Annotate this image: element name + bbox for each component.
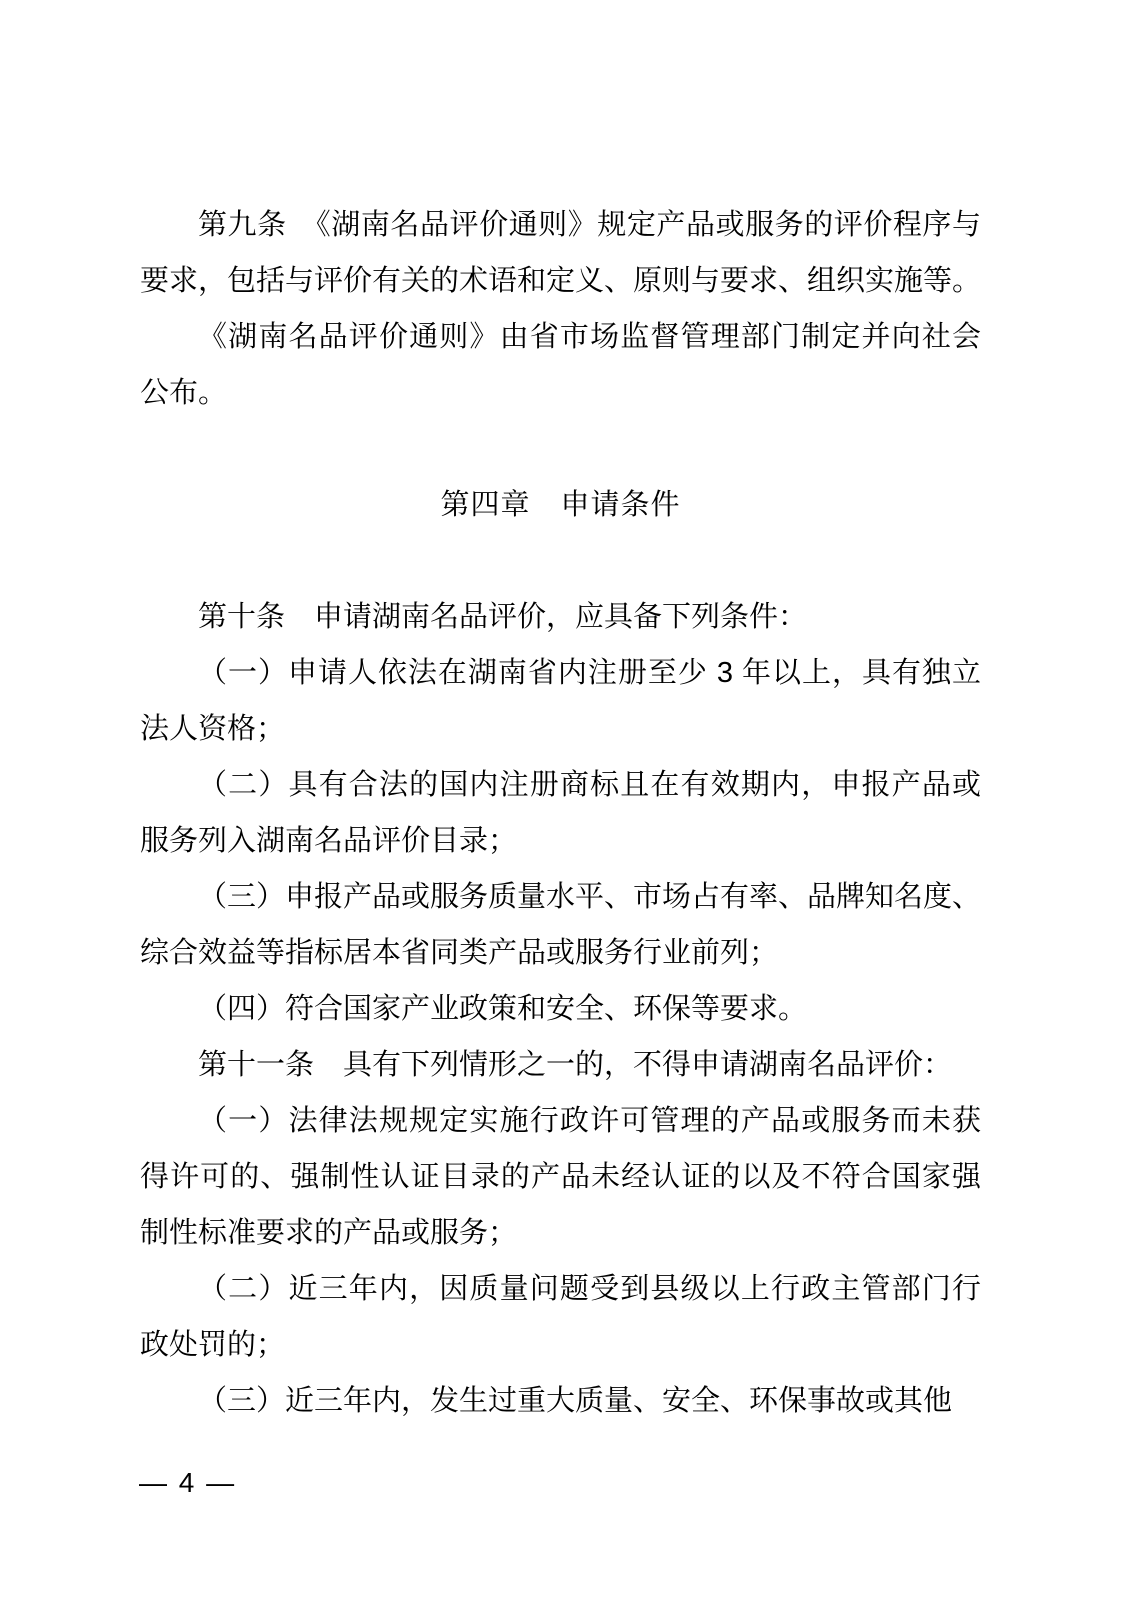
paragraph-line: 得许可的、强制性认证目录的产品未经认证的以及不符合国家强	[140, 1149, 981, 1205]
document-page: 第九条 《湖南名品评价通则》规定产品或服务的评价程序与 要求，包括与评价有关的术…	[0, 0, 1131, 1600]
paragraph-article-9-pub: 《湖南名品评价通则》由省市场监督管理部门制定并向社会 公布。	[140, 309, 981, 421]
paragraph-item-4: （四）符合国家产业政策和安全、环保等要求。	[140, 981, 981, 1037]
paragraph-line: 法人资格；	[140, 701, 981, 757]
page-number: — 4 —	[139, 1466, 236, 1500]
paragraph-line: 公布。	[140, 365, 981, 421]
paragraph-line: 《湖南名品评价通则》由省市场监督管理部门制定并向社会	[140, 309, 981, 365]
paragraph-article-10: 第十条 申请湖南名品评价，应具备下列条件：	[140, 589, 981, 645]
paragraph-line: （二）近三年内，因质量问题受到县级以上行政主管部门行	[140, 1261, 981, 1317]
paragraph-line: 第十条 申请湖南名品评价，应具备下列条件：	[140, 589, 981, 645]
paragraph-line: （四）符合国家产业政策和安全、环保等要求。	[140, 981, 981, 1037]
paragraph-line: 综合效益等指标居本省同类产品或服务行业前列；	[140, 925, 981, 981]
paragraph-line: （三）近三年内，发生过重大质量、安全、环保事故或其他	[140, 1373, 981, 1429]
paragraph-line: 服务列入湖南名品评价目录；	[140, 813, 981, 869]
paragraph-line: 第九条 《湖南名品评价通则》规定产品或服务的评价程序与	[140, 197, 981, 253]
paragraph-line: 第十一条 具有下列情形之一的，不得申请湖南名品评价：	[140, 1037, 981, 1093]
paragraph-article-11: 第十一条 具有下列情形之一的，不得申请湖南名品评价：	[140, 1037, 981, 1093]
paragraph-article-11-item-3: （三）近三年内，发生过重大质量、安全、环保事故或其他	[140, 1373, 981, 1429]
chapter-heading: 第四章 申请条件	[140, 477, 981, 533]
paragraph-line: （一）申请人依法在湖南省内注册至少 3 年以上，具有独立	[140, 645, 981, 701]
paragraph-item-1: （一）申请人依法在湖南省内注册至少 3 年以上，具有独立 法人资格；	[140, 645, 981, 757]
paragraph-article-11-item-1: （一）法律法规规定实施行政许可管理的产品或服务而未获 得许可的、强制性认证目录的…	[140, 1093, 981, 1261]
paragraph-line: 要求，包括与评价有关的术语和定义、原则与要求、组织实施等。	[140, 253, 981, 309]
paragraph-line: （二）具有合法的国内注册商标且在有效期内，申报产品或	[140, 757, 981, 813]
paragraph-line: （一）法律法规规定实施行政许可管理的产品或服务而未获	[140, 1093, 981, 1149]
document-body: 第九条 《湖南名品评价通则》规定产品或服务的评价程序与 要求，包括与评价有关的术…	[140, 197, 981, 1429]
paragraph-item-3: （三）申报产品或服务质量水平、市场占有率、品牌知名度、 综合效益等指标居本省同类…	[140, 869, 981, 981]
paragraph-line: 政处罚的；	[140, 1317, 981, 1373]
paragraph-item-2: （二）具有合法的国内注册商标且在有效期内，申报产品或 服务列入湖南名品评价目录；	[140, 757, 981, 869]
paragraph-article-11-item-2: （二）近三年内，因质量问题受到县级以上行政主管部门行 政处罚的；	[140, 1261, 981, 1373]
paragraph-article-9: 第九条 《湖南名品评价通则》规定产品或服务的评价程序与 要求，包括与评价有关的术…	[140, 197, 981, 309]
paragraph-line: （三）申报产品或服务质量水平、市场占有率、品牌知名度、	[140, 869, 981, 925]
paragraph-line: 制性标准要求的产品或服务；	[140, 1205, 981, 1261]
